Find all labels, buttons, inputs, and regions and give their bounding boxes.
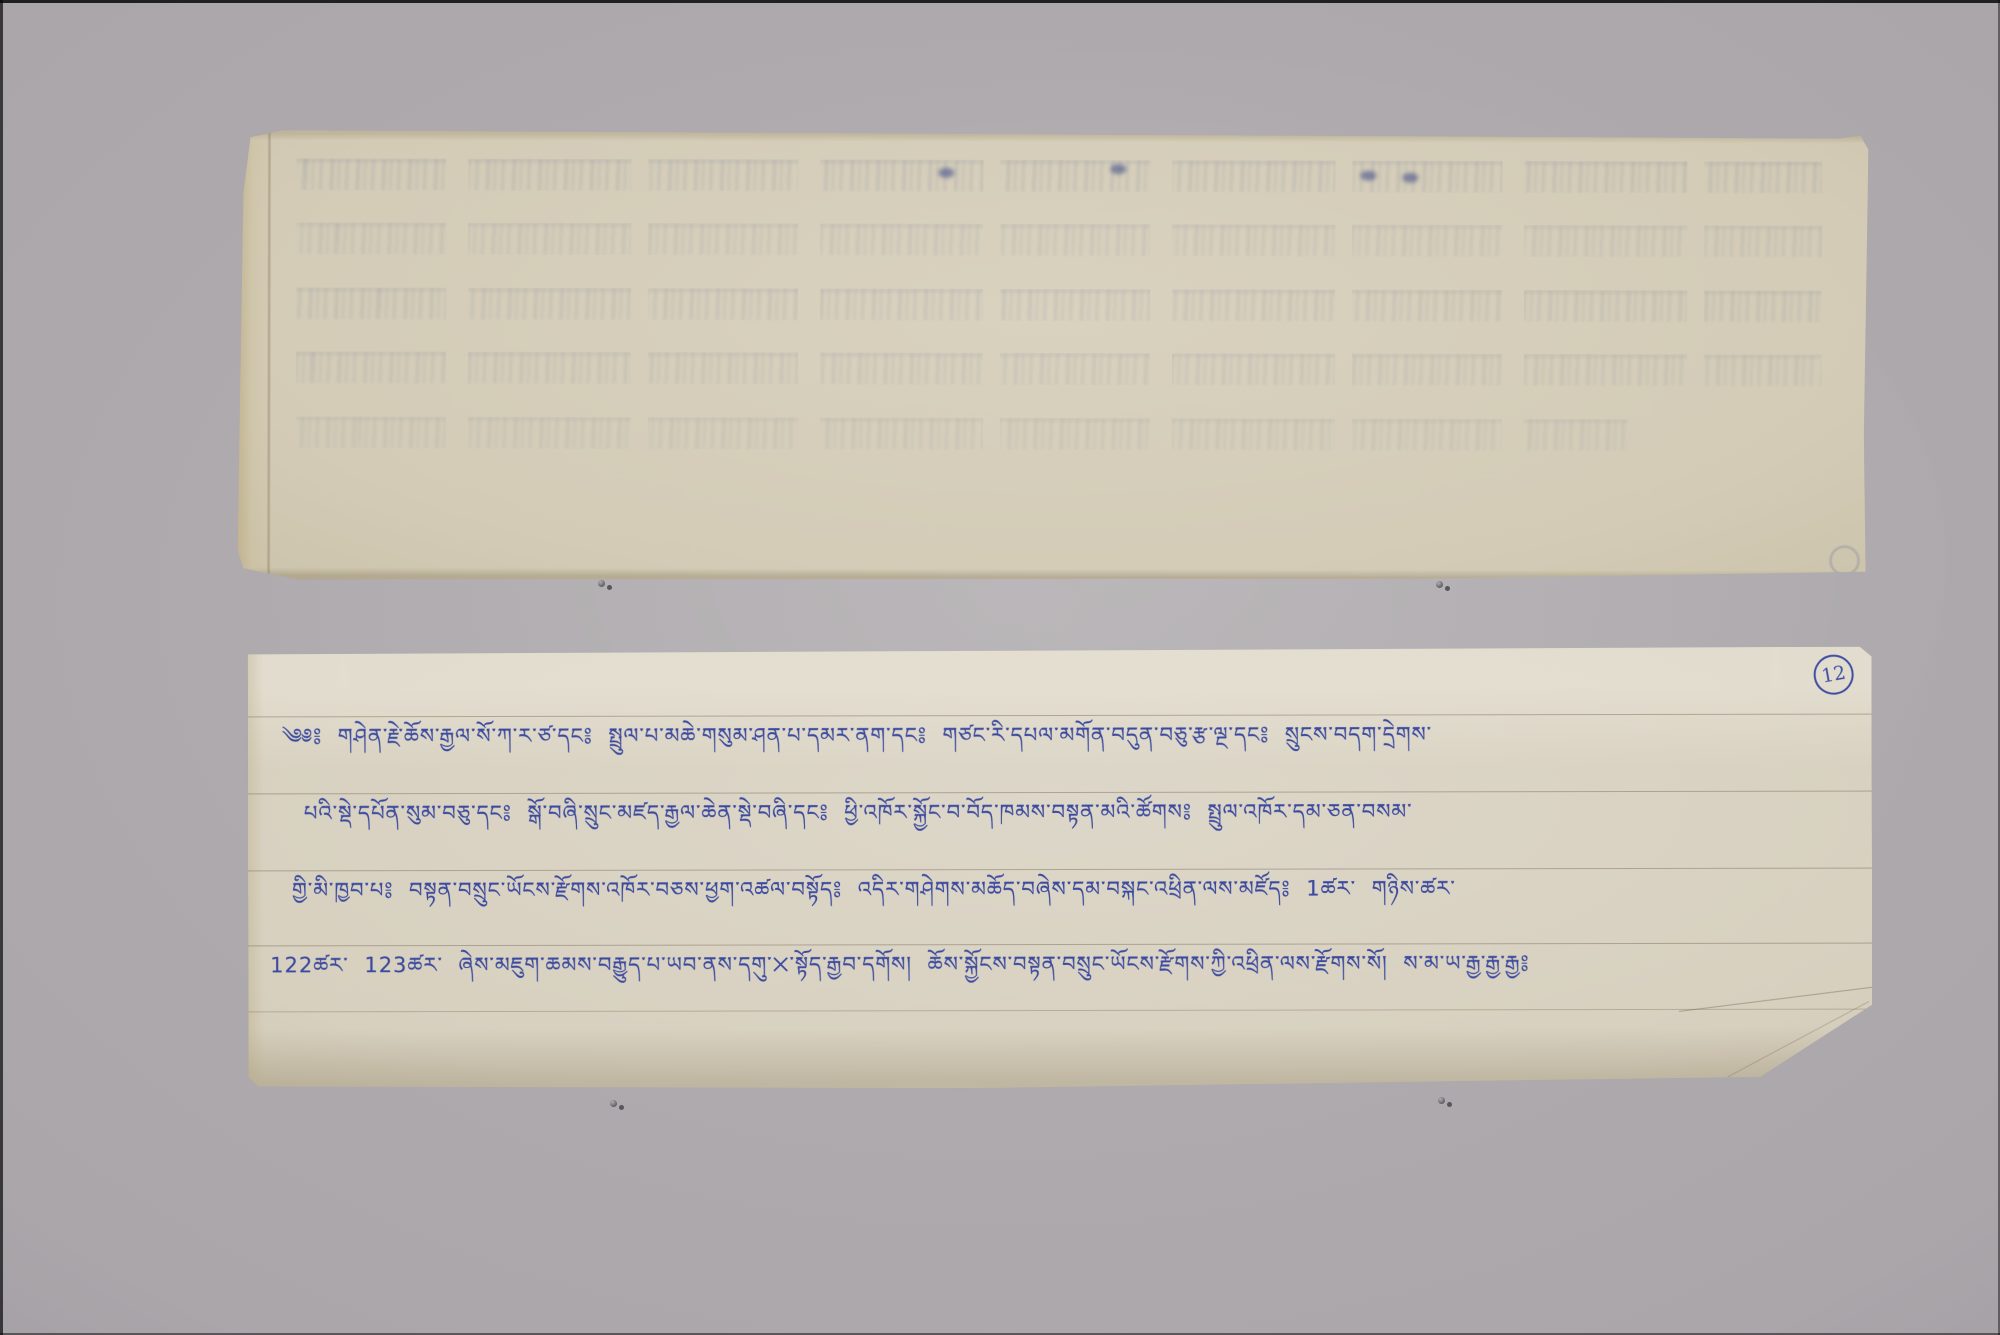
corner-crease: [1727, 1001, 1869, 1077]
ghost-text-line: [296, 222, 1822, 257]
lower-folio: 12 ༄༅༔ གཤེན་རྗེ་ཆོས་རྒྱལ་སོ་ཀ་ར་ཙ་དང༔ སྤ…: [248, 647, 1873, 1090]
page-number-badge: 12: [1810, 651, 1856, 697]
manuscript-line: ༄༅༔ གཤེན་རྗེ་ཆོས་རྒྱལ་སོ་ཀ་ར་ཙ་དང༔ སྤྲུལ…: [282, 711, 1846, 766]
paper-pin: [610, 1100, 617, 1107]
upper-folio: [238, 130, 1869, 582]
paper-pin: [598, 580, 605, 587]
paper-pin: [1436, 581, 1443, 588]
ghost-text-line: [296, 351, 1822, 386]
ruled-line: [248, 1009, 1872, 1013]
faint-circled-mark: [1830, 546, 1860, 576]
manuscript-line: 122ཚར་ 123ཚར་ ཞེས་མཇུག་ཆམས་བརྒྱུད་པ་ཡབ་ན…: [270, 940, 1846, 995]
manuscript-line: པའི་སྡེ་དཔོན་སུམ་བཅུ་དང༔ སྒོ་བཞི་སྲུང་མཛ…: [304, 788, 1846, 843]
ghost-text-line: [296, 416, 1628, 451]
ink-smudge: [1360, 171, 1376, 181]
ghost-text-line: [296, 158, 1822, 193]
ghost-text-line: [296, 287, 1822, 322]
ink-smudge: [1110, 164, 1126, 174]
ink-smudge: [1402, 173, 1418, 183]
photo-background: 12 ༄༅༔ གཤེན་རྗེ་ཆོས་རྒྱལ་སོ་ཀ་ར་ཙ་དང༔ སྤ…: [0, 0, 2000, 1335]
paper-pin: [1438, 1097, 1445, 1104]
ink-smudge: [938, 168, 954, 178]
manuscript-line: གྱི་མི་ཁྱབ་པ༔ བསྟན་བསྲུང་ཡོངས་རྫོགས་འཁོར…: [292, 865, 1846, 920]
